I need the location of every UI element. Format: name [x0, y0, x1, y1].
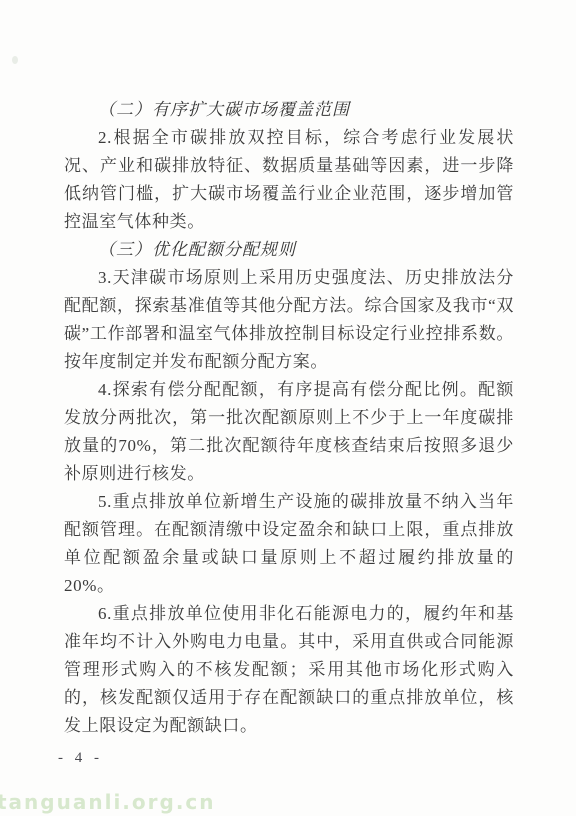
watermark: tanguanli.org.cn: [0, 790, 216, 814]
body-paragraph: 5.重点排放单位新增生产设施的碳排放量不纳入当年配额管理。在配额清缴中设定盈余和…: [64, 488, 514, 600]
page-number: - 4 -: [58, 750, 103, 767]
body-paragraph: 2.根据全市碳排放双控目标，综合考虑行业发展状况、产业和碳排放特征、数据质量基础…: [64, 124, 514, 236]
document-page: （二）有序扩大碳市场覆盖范围2.根据全市碳排放双控目标，综合考虑行业发展状况、产…: [0, 0, 576, 816]
section-heading: （三）优化配额分配规则: [64, 236, 514, 264]
document-body: （二）有序扩大碳市场覆盖范围2.根据全市碳排放双控目标，综合考虑行业发展状况、产…: [64, 96, 514, 740]
body-paragraph: 3.天津碳市场原则上采用历史强度法、历史排放法分配配额，探索基准值等其他分配方法…: [64, 264, 514, 376]
scan-artifact-mark: [12, 56, 18, 64]
section-heading: （二）有序扩大碳市场覆盖范围: [64, 96, 514, 124]
body-paragraph: 6.重点排放单位使用非化石能源电力的，履约年和基准年均不计入外购电力电量。其中，…: [64, 600, 514, 740]
body-paragraph: 4.探索有偿分配配额，有序提高有偿分配比例。配额发放分两批次，第一批次配额原则上…: [64, 376, 514, 488]
